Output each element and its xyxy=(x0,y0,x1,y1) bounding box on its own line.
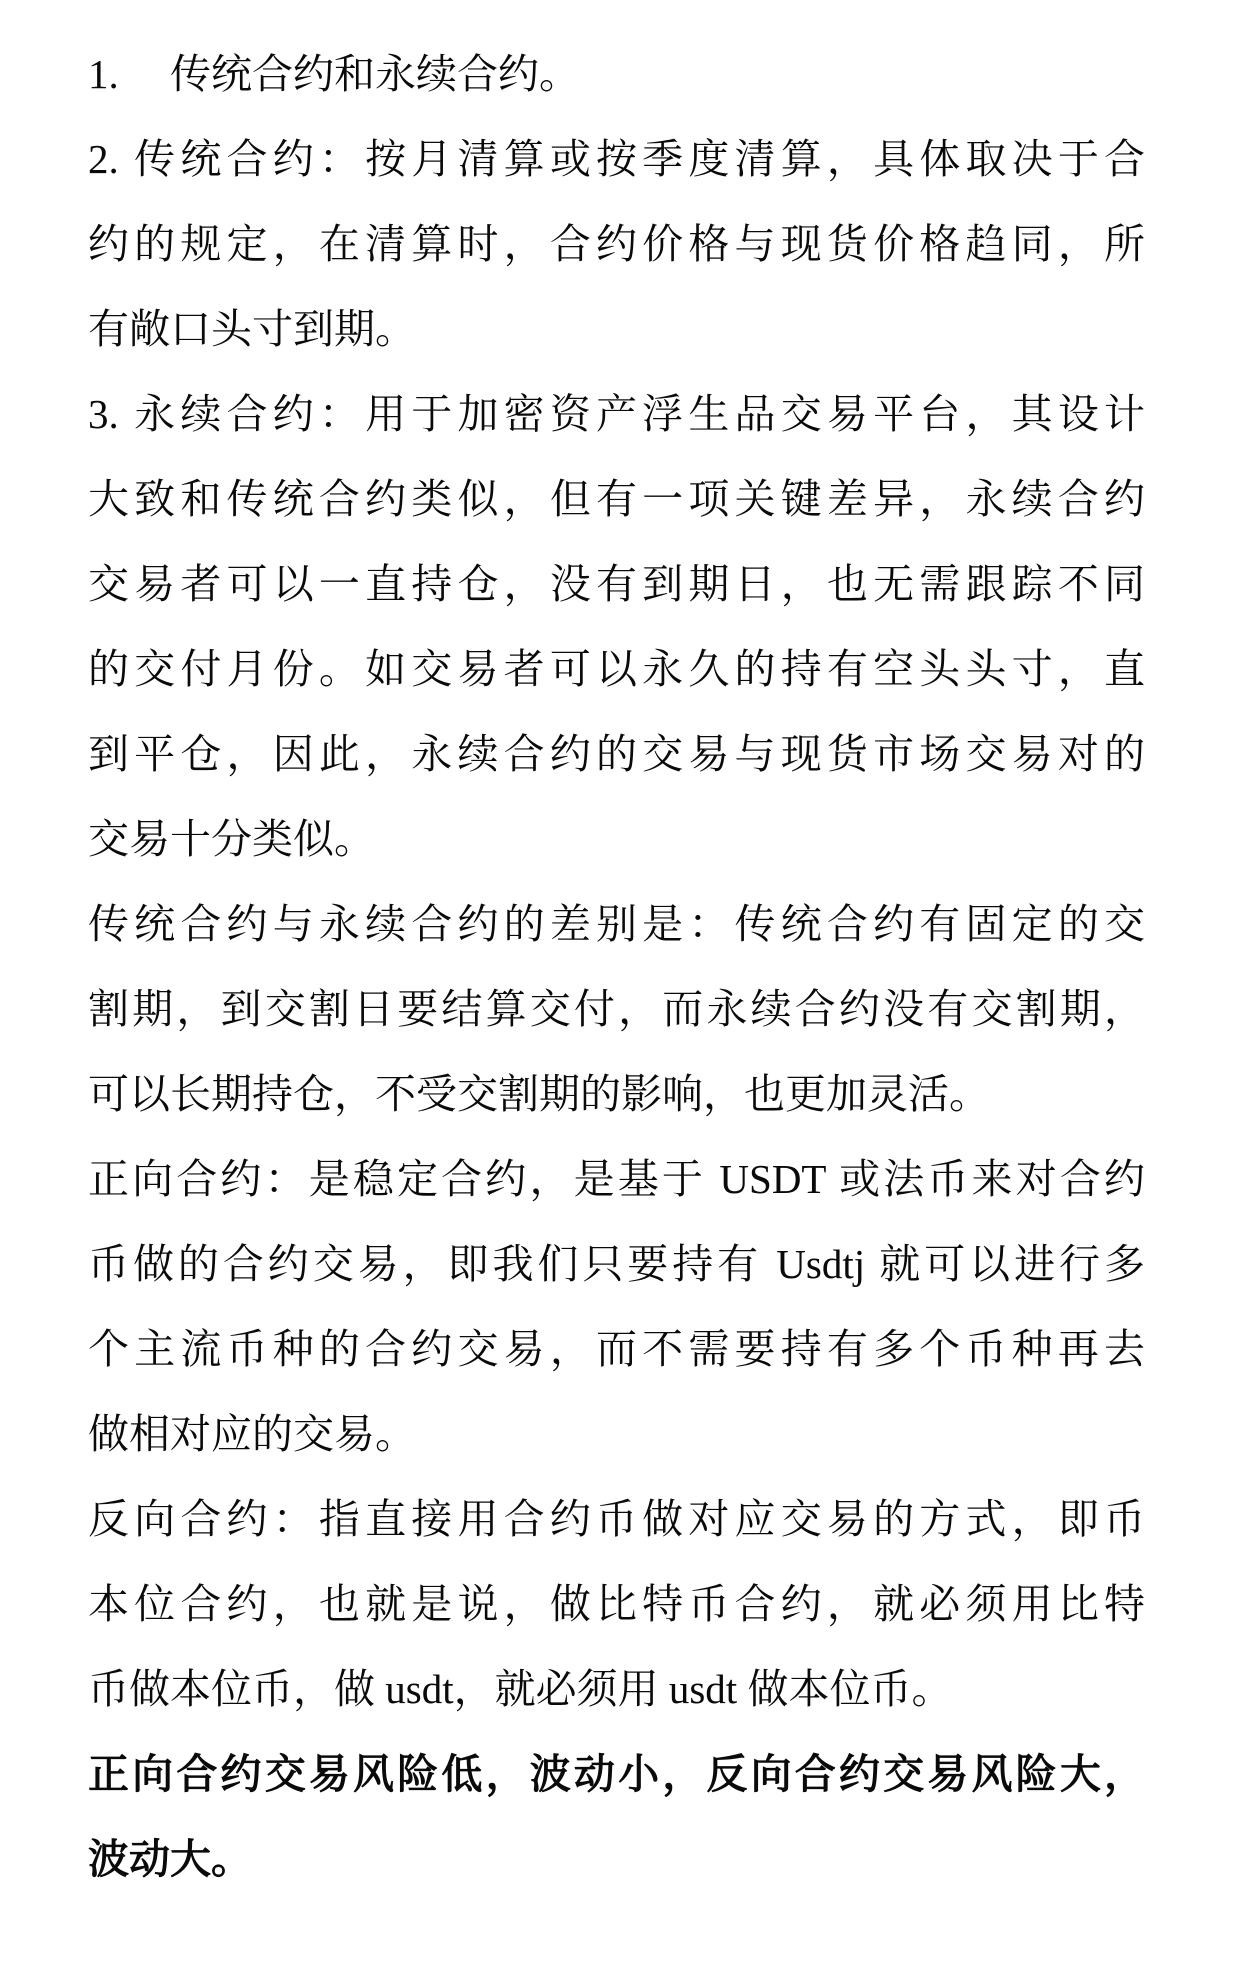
text-line: 有敞口头寸到期。 xyxy=(88,287,1145,372)
text-line: 币做本位币，做 usdt，就必须用 usdt 做本位币。 xyxy=(88,1647,1145,1732)
paragraph-inverse-contract: 反向合约：指直接用合约币做对应交易的方式，即币 本位合约，也就是说，做比特币合约… xyxy=(88,1477,1145,1732)
list-item-3: 3. 永续合约：用于加密资产浮生品交易平台，其设计 大致和传统合约类似，但有一项… xyxy=(88,372,1145,882)
paragraph-difference: 传统合约与永续合约的差别是：传统合约有固定的交 割期，到交割日要结算交付，而永续… xyxy=(88,882,1145,1137)
text-line: 正向合约交易风险低，波动小，反向合约交易风险大， xyxy=(88,1732,1145,1817)
text-line: 2. 传统合约：按月清算或按季度清算，具体取决于合 xyxy=(88,117,1145,202)
text-line: 正向合约：是稳定合约，是基于 USDT 或法币来对合约 xyxy=(88,1137,1145,1222)
text-line: 割期，到交割日要结算交付，而永续合约没有交割期， xyxy=(88,967,1145,1052)
text-line: 的交付月份。如交易者可以永久的持有空头头寸，直 xyxy=(88,627,1145,712)
text-line: 约的规定，在清算时，合约价格与现货价格趋同，所 xyxy=(88,202,1145,287)
list-item-2: 2. 传统合约：按月清算或按季度清算，具体取决于合 约的规定，在清算时，合约价格… xyxy=(88,117,1145,372)
text-line: 币做的合约交易，即我们只要持有 Usdtj 就可以进行多 xyxy=(88,1222,1145,1307)
list-item-1: 1. 传统合约和永续合约。 xyxy=(88,32,1145,117)
document-page: 1. 传统合约和永续合约。 2. 传统合约：按月清算或按季度清算，具体取决于合 … xyxy=(0,0,1233,1986)
text-line: 做相对应的交易。 xyxy=(88,1392,1145,1477)
text-line: 可以长期持仓，不受交割期的影响，也更加灵活。 xyxy=(88,1052,1145,1137)
text-line: 交易十分类似。 xyxy=(88,797,1145,882)
text-line: 到平仓，因此，永续合约的交易与现货市场交易对的 xyxy=(88,712,1145,797)
text-line: 交易者可以一直持仓，没有到期日，也无需跟踪不同 xyxy=(88,542,1145,627)
text-line: 个主流币种的合约交易，而不需要持有多个币种再去 xyxy=(88,1307,1145,1392)
text-line: 3. 永续合约：用于加密资产浮生品交易平台，其设计 xyxy=(88,372,1145,457)
text-line: 1. 传统合约和永续合约。 xyxy=(88,32,1145,117)
text-line: 传统合约与永续合约的差别是：传统合约有固定的交 xyxy=(88,882,1145,967)
paragraph-forward-contract: 正向合约：是稳定合约，是基于 USDT 或法币来对合约 币做的合约交易，即我们只… xyxy=(88,1137,1145,1477)
text-line: 本位合约，也就是说，做比特币合约，就必须用比特 xyxy=(88,1562,1145,1647)
paragraph-risk-summary: 正向合约交易风险低，波动小，反向合约交易风险大， 波动大。 xyxy=(88,1732,1145,1902)
text-line: 反向合约：指直接用合约币做对应交易的方式，即币 xyxy=(88,1477,1145,1562)
text-line: 波动大。 xyxy=(88,1817,1145,1902)
text-line: 大致和传统合约类似，但有一项关键差异，永续合约 xyxy=(88,457,1145,542)
